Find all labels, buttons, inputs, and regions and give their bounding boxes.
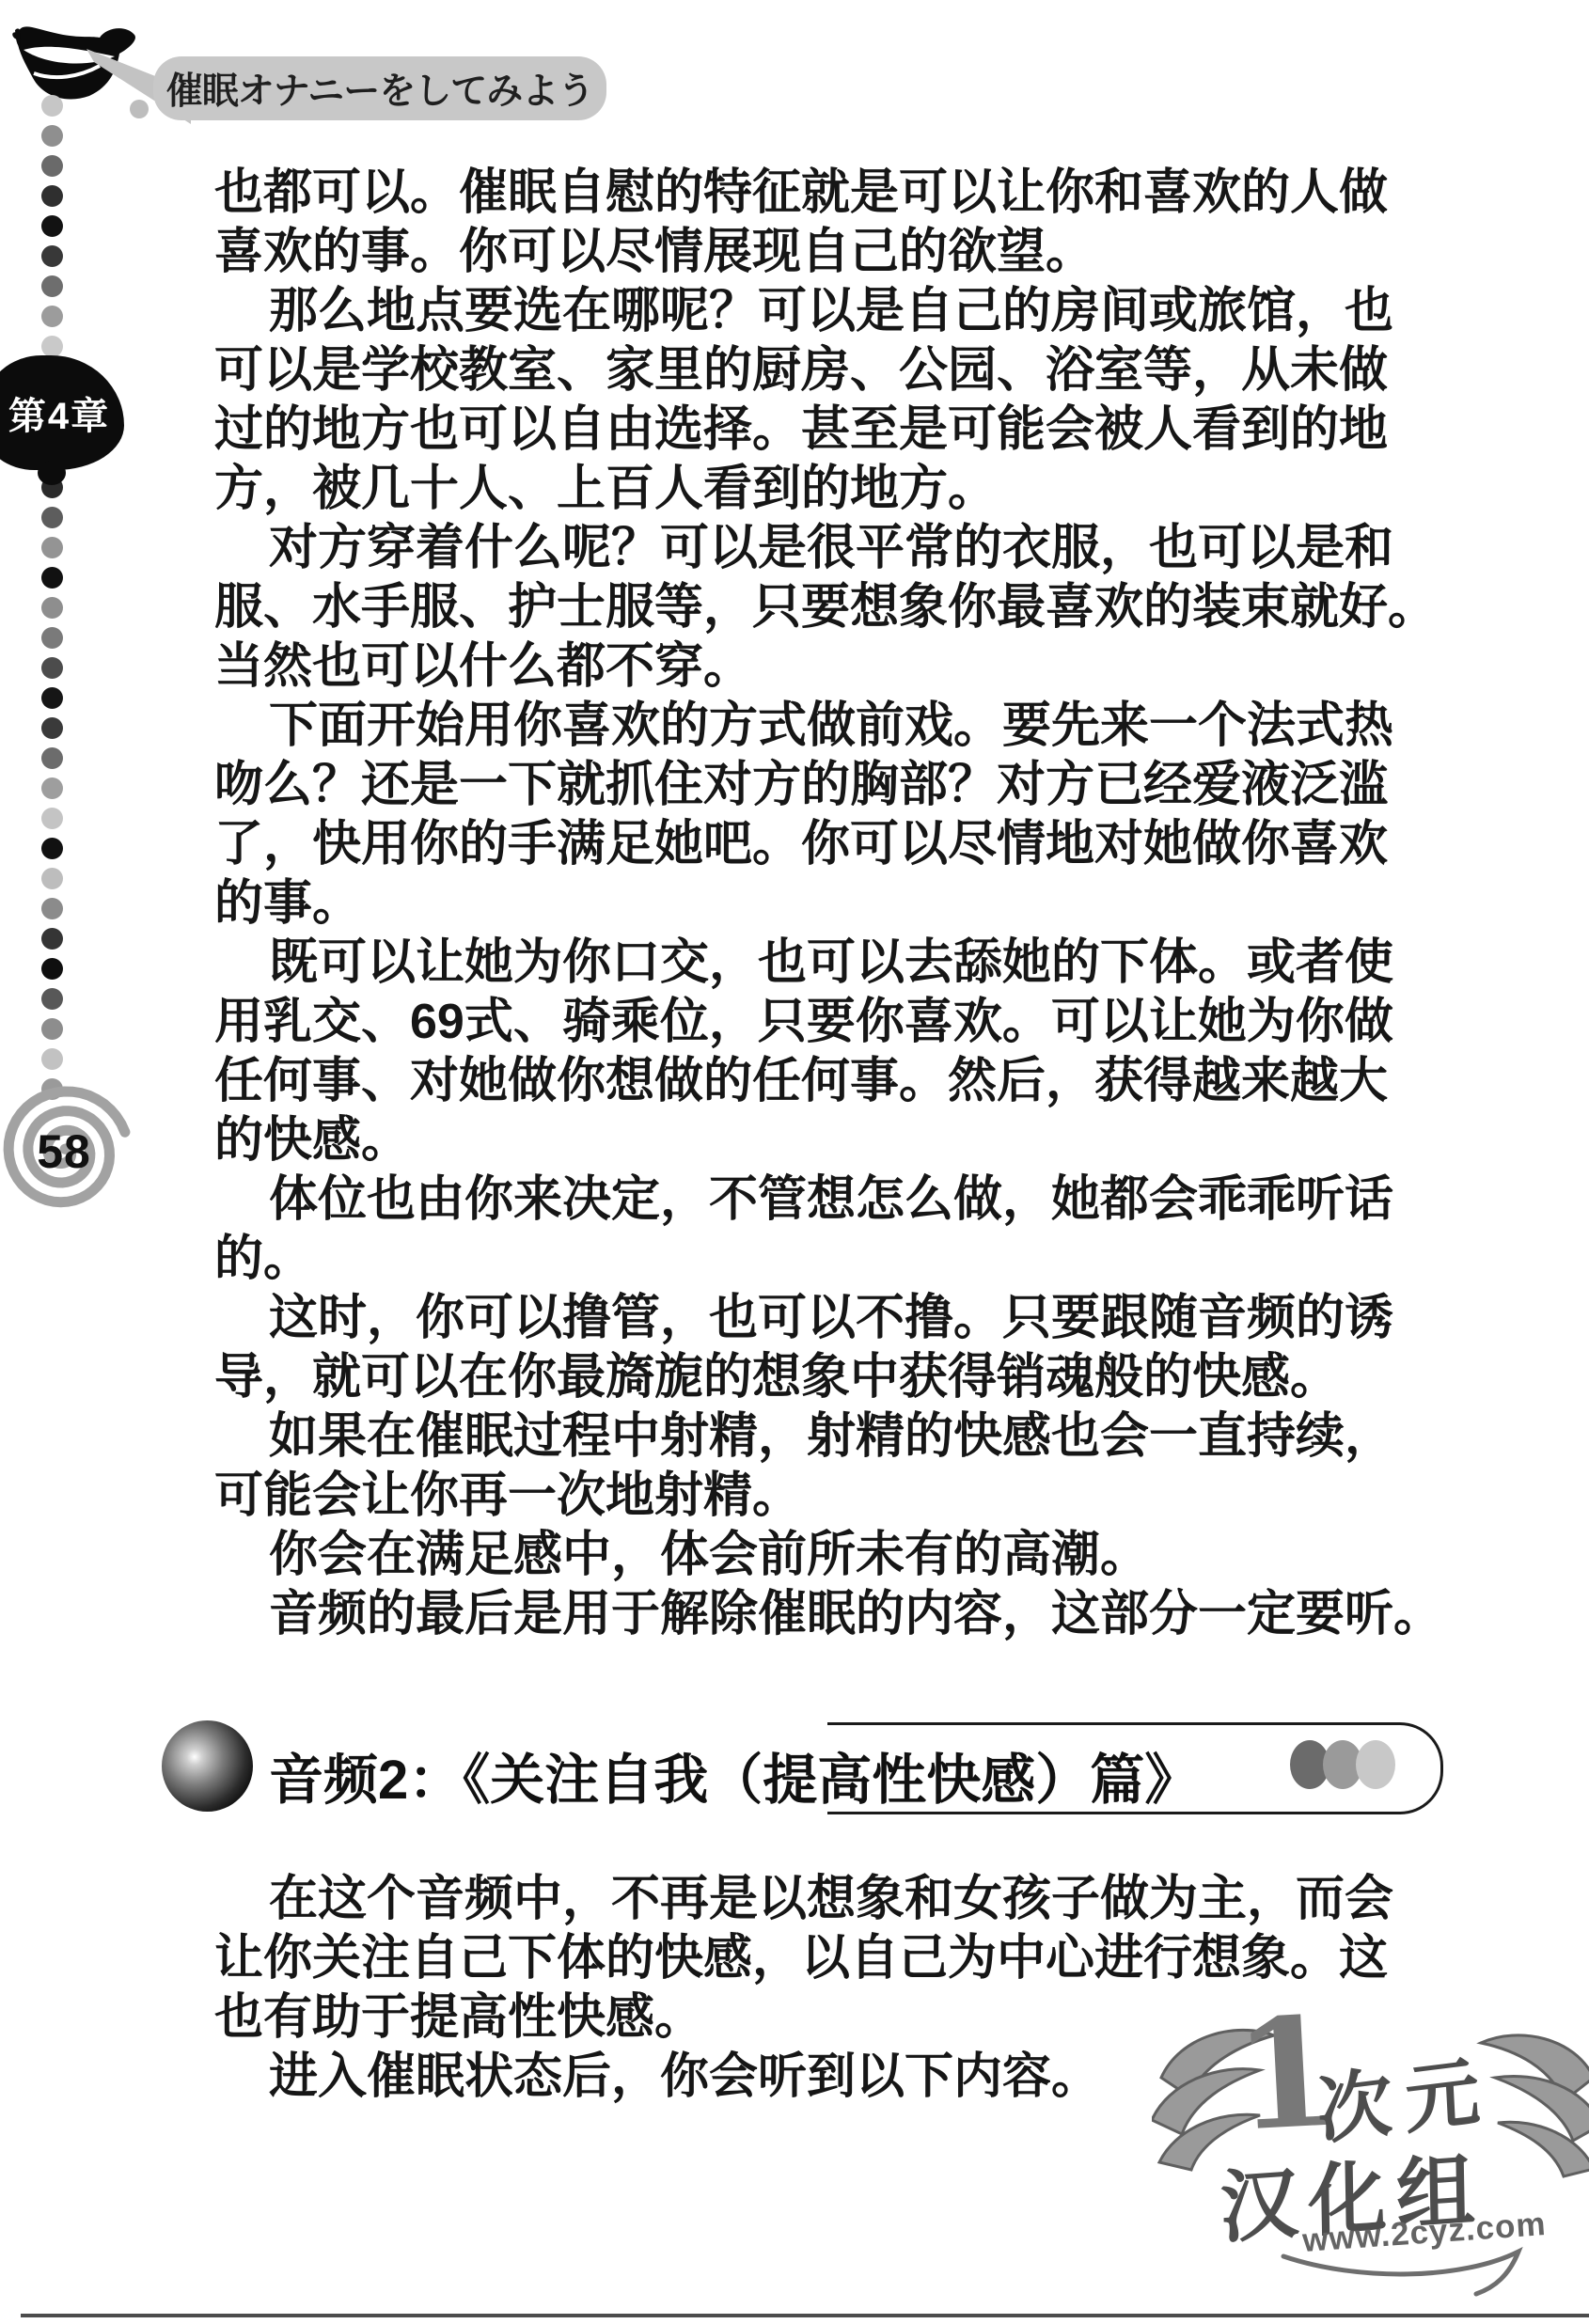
body-text-line: 方，被几十人、上百人看到的地方。 — [214, 460, 1427, 519]
chapter-header-title: 催眠オナニーをしてみよう — [166, 62, 593, 115]
sidebar-dot — [41, 687, 63, 709]
scan-edge-line — [21, 2314, 1589, 2317]
body-text-line: 喜欢的事。你可以尽情展现自己的欲望。 — [214, 223, 1427, 282]
sidebar-dot — [41, 567, 63, 589]
body-text-line: 既可以让她为你口交，也可以去舔她的下体。或者使 — [214, 934, 1427, 993]
chapter-tab-label: 第4章 — [0, 386, 110, 440]
sidebar-dot — [41, 988, 63, 1010]
body-text-line: 了，快用你的手满足她吧。你可以尽情地对她做你喜欢 — [214, 815, 1427, 874]
sidebar-dot — [41, 958, 63, 980]
body-text-line: 体位也由你来决定，不管想怎么做，她都会乖乖听话 — [214, 1170, 1427, 1230]
body-text-line: 那么地点要选在哪呢？可以是自己的房间或旅馆，也 — [214, 282, 1427, 341]
heading-dot — [1356, 1740, 1395, 1789]
sidebar-dot — [41, 125, 63, 147]
sidebar-dot — [41, 657, 63, 679]
body-text-line: 的快感。 — [214, 1111, 1427, 1170]
body-text-line: 这时，你可以撸管，也可以不撸。只要跟随音频的诱 — [214, 1289, 1427, 1348]
body-text-line: 在这个音频中，不再是以想象和女孩子做为主，而会 — [214, 1870, 1427, 1929]
body-text-line: 的事。 — [214, 874, 1427, 934]
body-text-line: 让你关注自己下体的快感，以自己为中心进行想象。这 — [214, 1929, 1427, 1988]
body-text-line: 对方穿着什么呢？可以是很平常的衣服，也可以是和 — [214, 519, 1427, 578]
sidebar-dot — [41, 898, 63, 919]
scanned-book-page: 催眠オナニーをしてみよう 第4章 58 也都可以。催眠自慰的特征就是可以让你和喜… — [0, 0, 1589, 2324]
body-text-line: 过的地方也可以自由选择。甚至是可能会被人看到的地 — [214, 400, 1427, 460]
sidebar-dot — [41, 155, 63, 177]
sidebar-dot — [41, 868, 63, 889]
body-text-line: 如果在催眠过程中射精，射精的快感也会一直持续， — [214, 1407, 1427, 1467]
section-heading-title: 音频2：《关注自我（提高性快感）篇》 — [269, 1735, 1199, 1814]
body-text-line: 可能会让你再一次地射精。 — [214, 1467, 1427, 1526]
body-text-line: 下面开始用你喜欢的方式做前戏。要先来一个法式热 — [214, 697, 1427, 756]
chapter-header-banner: 催眠オナニーをしてみよう — [153, 56, 606, 120]
section-heading-dots — [1290, 1740, 1389, 1789]
scanlation-watermark: 1 次元 汉化组 www.2cyz.com — [1161, 2002, 1589, 2275]
body-text-line: 当然也可以什么都不穿。 — [214, 637, 1427, 697]
sidebar-dot — [41, 95, 63, 117]
body-text-line: 用乳交、69式、骑乘位，只要你喜欢。可以让她为你做 — [214, 993, 1427, 1052]
sidebar-dot — [41, 838, 63, 859]
body-text-line: 任何事、对她做你想做的任何事。然后，获得越来越大 — [214, 1052, 1427, 1111]
body-text-line: 你会在满足感中，体会前所未有的高潮。 — [214, 1526, 1427, 1585]
body-text-block: 也都可以。催眠自慰的特征就是可以让你和喜欢的人做喜欢的事。你可以尽情展现自己的欲… — [214, 164, 1427, 1644]
body-text-line: 音频的最后是用于解除催眠的内容，这部分一定要听。 — [214, 1585, 1427, 1644]
sidebar-dot — [41, 808, 63, 829]
sidebar-dot — [41, 1018, 63, 1040]
body-text-line: 吻么？还是一下就抓住对方的胸部？对方已经爱液泛滥 — [214, 756, 1427, 815]
sidebar-dot — [41, 215, 63, 237]
sidebar-dot — [41, 275, 63, 297]
body-text-line: 也都可以。催眠自慰的特征就是可以让你和喜欢的人做 — [214, 164, 1427, 223]
sidebar-dot — [41, 1048, 63, 1070]
chapter-tab: 第4章 — [0, 355, 124, 470]
sidebar-dot — [41, 537, 63, 558]
sidebar-dot — [41, 928, 63, 950]
sidebar-dot — [41, 777, 63, 799]
body-text-line: 服、水手服、护士服等，只要想象你最喜欢的装束就好。 — [214, 578, 1427, 637]
sidebar-dot — [41, 336, 63, 357]
body-text-line: 导，就可以在你最旖旎的想象中获得销魂般的快感。 — [214, 1348, 1427, 1407]
chapter-tab-bump — [38, 461, 66, 485]
sidebar-dot — [41, 747, 63, 769]
body-text-line: 的。 — [214, 1230, 1427, 1289]
sidebar-dot — [41, 717, 63, 739]
watermark-swoosh — [1274, 2223, 1556, 2299]
page-number: 58 — [0, 1076, 139, 1227]
body-text-line: 可以是学校教室、家里的厨房、公园、浴室等，从未做 — [214, 341, 1427, 400]
sidebar-dot — [41, 597, 63, 619]
sidebar-dot — [41, 185, 63, 207]
sidebar-dot — [41, 507, 63, 528]
sidebar-dot — [41, 627, 63, 649]
sidebar-dot — [41, 245, 63, 267]
section-heading-sphere-icon — [162, 1720, 253, 1812]
sidebar-dot — [41, 306, 63, 327]
